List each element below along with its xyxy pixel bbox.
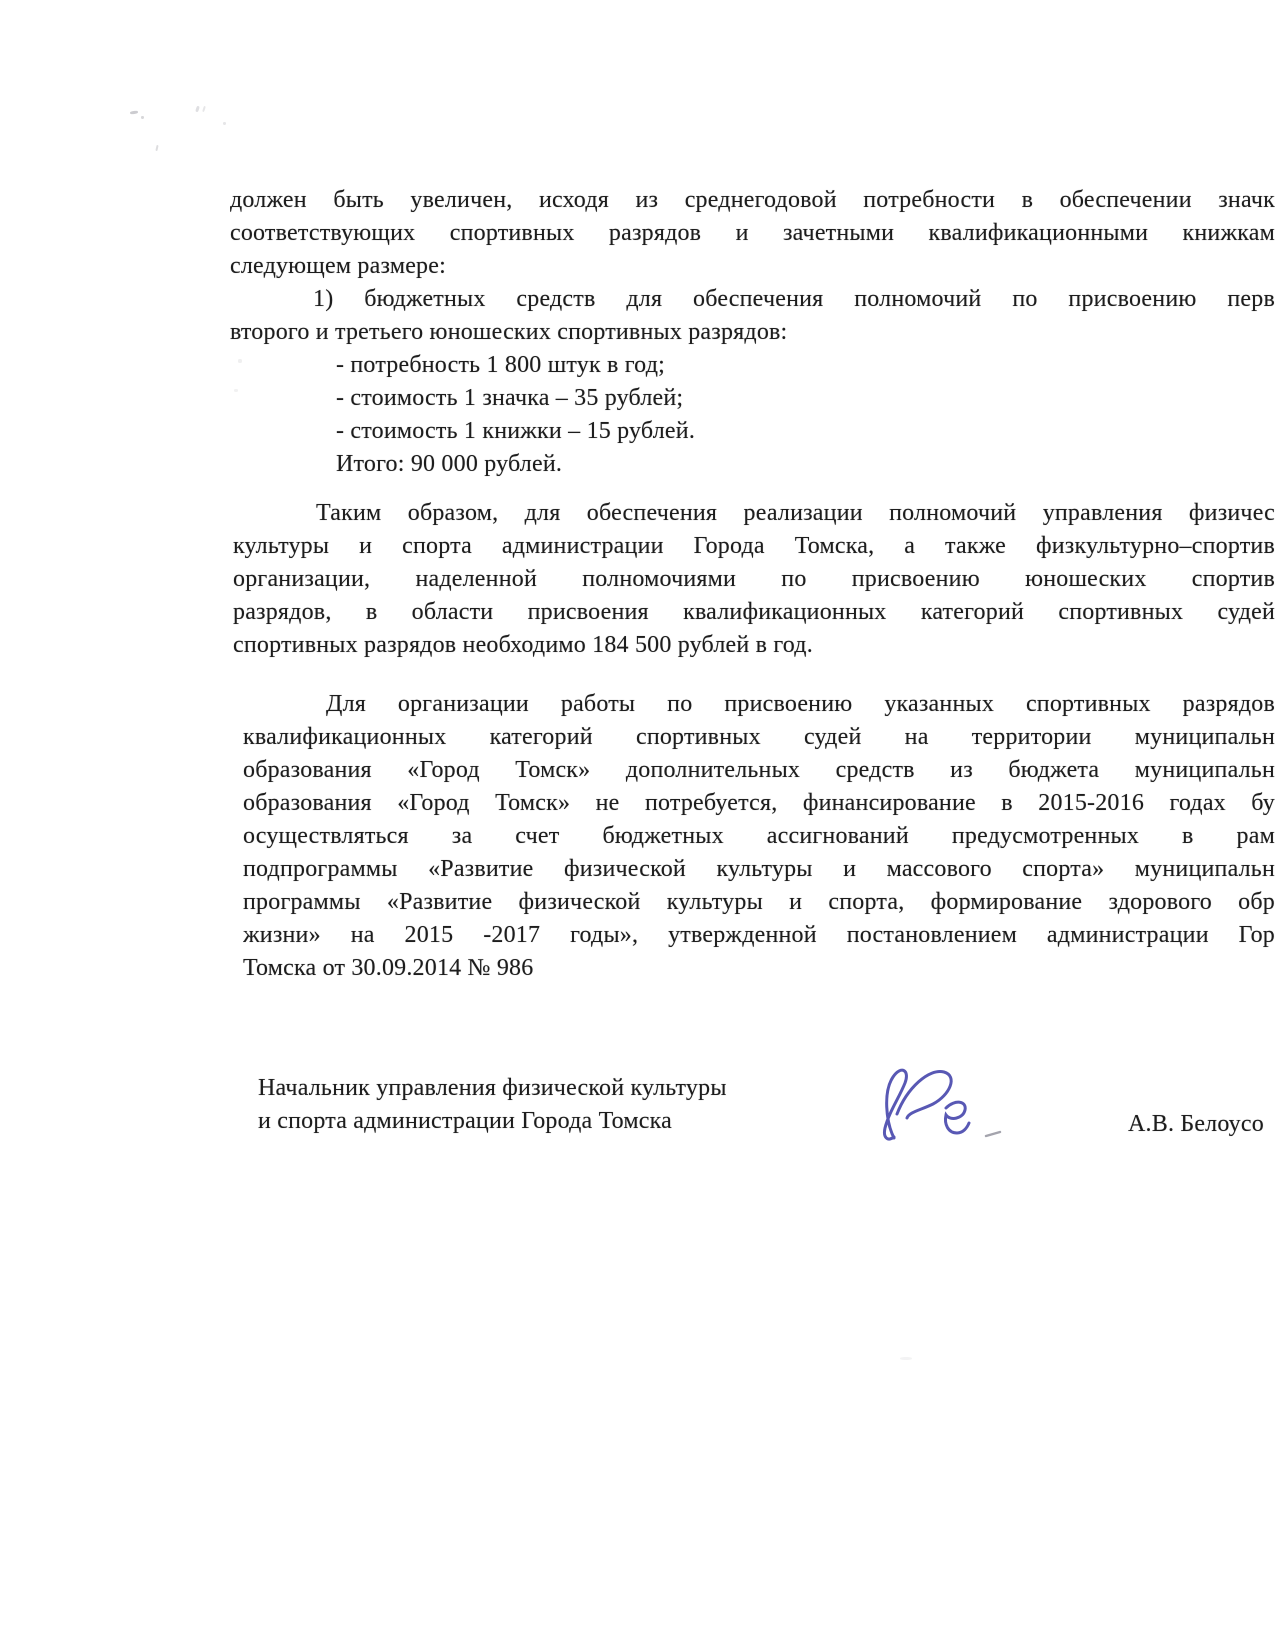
paragraph-2: Таким образом, для обеспечения реализаци…	[233, 497, 1275, 662]
text-line: второго и третьего юношеских спортивных …	[230, 316, 1275, 349]
pencil-mark	[141, 116, 144, 119]
text-line: соответствующих спортивных разрядов и за…	[230, 217, 1275, 250]
text-line: жизни» на 2015 -2017 годы», утвержденной…	[243, 919, 1275, 952]
signature-title-block: Начальник управления физической культуры…	[258, 1072, 727, 1138]
signatory-title-line: Начальник управления физической культуры	[258, 1072, 727, 1105]
reference-line: Томска от 30.09.2014 № 986	[243, 952, 1275, 985]
document-page: { "colors": { "text": "#1d1d1d", "signat…	[0, 0, 1275, 1650]
scan-smudge	[900, 1357, 912, 1360]
signatory-name: А.В. Белоусо	[1128, 1108, 1264, 1141]
signatory-title-line: и спорта администрации Города Томска	[258, 1105, 727, 1138]
text-line: Для организации работы по присвоению ука…	[243, 688, 1275, 721]
list-item-line: - стоимость 1 значка – 35 рублей;	[230, 382, 1275, 415]
paragraph-3: Для организации работы по присвоению ука…	[243, 688, 1275, 985]
pencil-mark	[202, 106, 206, 112]
text-line: 1) бюджетных средств для обеспечения пол…	[230, 283, 1275, 316]
total-line: Итого: 90 000 рублей.	[230, 448, 1275, 481]
text-line: Таким образом, для обеспечения реализаци…	[233, 497, 1275, 530]
handwritten-signature-icon	[856, 1048, 1016, 1152]
text-line: организации, наделенной полномочиями по …	[233, 563, 1275, 596]
text-line: следующем размере:	[230, 250, 1275, 283]
pencil-mark	[223, 122, 226, 125]
text-line: квалификационных категорий спортивных су…	[243, 721, 1275, 754]
pencil-mark	[195, 106, 200, 113]
text-line: образования «Город Томск» дополнительных…	[243, 754, 1275, 787]
text-line: разрядов, в области присвоения квалифика…	[233, 596, 1275, 629]
list-item-line: - потребность 1 800 штук в год;	[230, 349, 1275, 382]
paragraph-1: должен быть увеличен, исходя из среднего…	[230, 184, 1275, 481]
text-line: должен быть увеличен, исходя из среднего…	[230, 184, 1275, 217]
pencil-mark	[130, 110, 138, 114]
text-line: программы «Развитие физической культуры …	[243, 886, 1275, 919]
pencil-mark	[155, 145, 158, 151]
text-line: осуществляться за счет бюджетных ассигно…	[243, 820, 1275, 853]
text-line: подпрограммы «Развитие физической культу…	[243, 853, 1275, 886]
text-line: образования «Город Томск» не потребуется…	[243, 787, 1275, 820]
text-line: спортивных разрядов необходимо 184 500 р…	[233, 629, 1275, 662]
list-item-line: - стоимость 1 книжки – 15 рублей.	[230, 415, 1275, 448]
text-line: культуры и спорта администрации Города Т…	[233, 530, 1275, 563]
